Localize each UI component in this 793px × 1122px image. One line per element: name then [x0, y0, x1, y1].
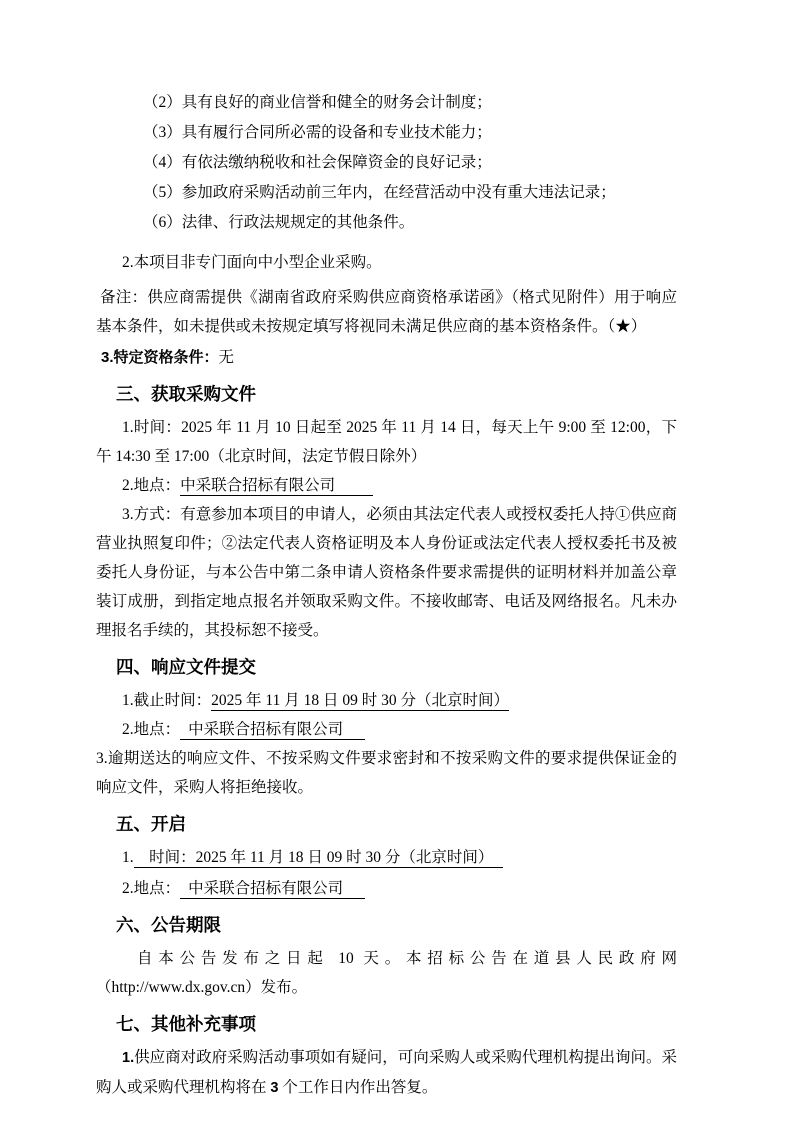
section6-heading: 六、公告期限: [96, 913, 677, 937]
section7-heading: 七、其他补充事项: [96, 1012, 677, 1036]
section4-deadline-label: 1.截止时间：: [122, 692, 211, 709]
section4-late-clause: 3.逾期送达的响应文件、不按采购文件要求密封和不按采购文件的要求提供保证金的响应…: [96, 744, 677, 802]
smb-clause: 2.本项目非专门面向中小型企业采购。: [96, 248, 677, 278]
qualification-item-2: （2）具有良好的商业信誉和健全的财务会计制度；: [96, 88, 677, 118]
qualification-item-3: （3）具有履行合同所必需的设备和专业技术能力；: [96, 118, 677, 148]
section3-location-label: 2.地点：: [122, 477, 180, 494]
section4-location: 2.地点：中采联合招标有限公司: [96, 715, 677, 744]
qualification-item-5: （5）参加政府采购活动前三年内，在经营活动中没有重大违法记录；: [96, 178, 677, 208]
section3-location-value: 中采联合招标有限公司: [180, 477, 373, 496]
specific-qualification-value: 无: [219, 349, 235, 366]
remark-paragraph: 备注：供应商需提供《湖南省政府采购供应商资格承诺函》（格式见附件）用于响应基本条…: [96, 283, 677, 341]
section4-heading: 四、响应文件提交: [96, 655, 677, 679]
section5-location-label: 2.地点：: [122, 880, 180, 897]
section4-deadline-value: 2025 年 11 月 18 日 09 时 30 分（北京时间）: [211, 692, 509, 711]
document-page: （2）具有良好的商业信誉和健全的财务会计制度； （3）具有履行合同所必需的设备和…: [0, 0, 793, 1122]
section6-body: 自本公告发布之日起 10 天。本招标公告在道县人民政府网（http://www.…: [96, 944, 677, 1002]
section3-heading: 三、获取采购文件: [96, 382, 677, 406]
qualification-item-4: （4）有依法缴纳税收和社会保障资金的良好记录；: [96, 148, 677, 178]
section7-body: 1.供应商对政府采购活动事项如有疑问，可向采购人或采购代理机构提出询问。采购人或…: [96, 1043, 677, 1103]
section4-location-label: 2.地点：: [122, 721, 180, 738]
qualification-item-6: （6）法律、行政法规规定的其他条件。: [96, 208, 677, 238]
section3-method: 3.方式：有意参加本项目的申请人，必须由其法定代表人或授权委托人持①供应商营业执…: [96, 500, 677, 645]
section5-time-label: 1.: [122, 849, 134, 866]
section3-time: 1.时间：2025 年 11 月 10 日起至 2025 年 11 月 14 日…: [96, 413, 677, 471]
section5-location: 2.地点：中采联合招标有限公司: [96, 874, 677, 903]
section5-time-value: 时间：2025 年 11 月 18 日 09 时 30 分（北京时间）: [134, 849, 504, 868]
section5-location-value: 中采联合招标有限公司: [180, 880, 365, 899]
specific-qualification-label: 3.特定资格条件：: [101, 349, 219, 366]
section4-location-value: 中采联合招标有限公司: [180, 721, 365, 740]
section7-number-1: 1.: [122, 1050, 134, 1066]
section5-heading: 五、开启: [96, 812, 677, 836]
section4-deadline: 1.截止时间：2025 年 11 月 18 日 09 时 30 分（北京时间）: [96, 686, 677, 715]
section5-time: 1. 时间：2025 年 11 月 18 日 09 时 30 分（北京时间）: [96, 843, 677, 872]
section7-text-2: 个工作日内作出答复。: [278, 1079, 437, 1096]
section3-location: 2.地点：中采联合招标有限公司: [96, 471, 677, 500]
specific-qualification: 3.特定资格条件：无: [96, 343, 677, 372]
